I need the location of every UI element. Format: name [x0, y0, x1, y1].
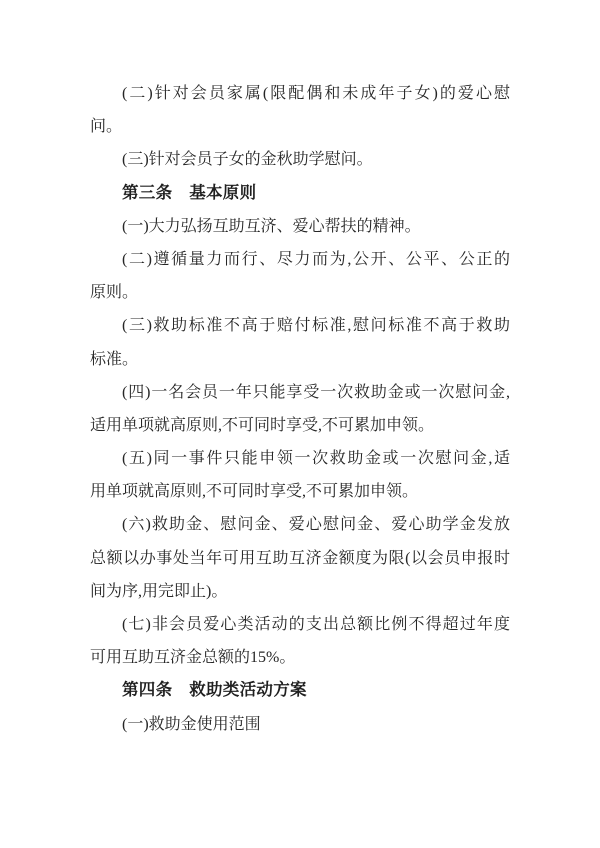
section-heading: 第四条 救助类活动方案 — [90, 674, 510, 707]
document-line: (四)一名会员一年只能享受一次救助金或一次慰问金, — [90, 376, 510, 409]
document-line: 用单项就高原则,不可同时享受,不可累加申领。 — [90, 475, 510, 508]
document-line: 总额以办事处当年可用互助互济金额度为限(以会员申报时 — [90, 542, 510, 575]
document-body: (二)针对会员家属(限配偶和未成年子女)的爱心慰问。(三)针对会员子女的金秋助学… — [90, 77, 510, 741]
document-line: (三)针对会员子女的金秋助学慰问。 — [90, 143, 510, 176]
document-line: 问。 — [90, 110, 510, 143]
document-line: (五)同一事件只能申领一次救助金或一次慰问金,适 — [90, 442, 510, 475]
document-line: (三)救助标准不高于赔付标准,慰问标准不高于救助 — [90, 309, 510, 342]
section-heading: 第三条 基本原则 — [90, 177, 510, 210]
document-line: 适用单项就高原则,不可同时享受,不可累加申领。 — [90, 409, 510, 442]
document-line: (二)遵循量力而行、尽力而为,公开、公平、公正的 — [90, 243, 510, 276]
document-line: 原则。 — [90, 276, 510, 309]
document-line: (七)非会员爱心类活动的支出总额比例不得超过年度 — [90, 608, 510, 641]
document-line: (二)针对会员家属(限配偶和未成年子女)的爱心慰 — [90, 77, 510, 110]
document-line: 间为序,用完即止)。 — [90, 575, 510, 608]
document-line: 标准。 — [90, 343, 510, 376]
document-line: (六)救助金、慰问金、爱心慰问金、爱心助学金发放 — [90, 508, 510, 541]
document-line: 可用互助互济金总额的15%。 — [90, 641, 510, 674]
document-page: (二)针对会员家属(限配偶和未成年子女)的爱心慰问。(三)针对会员子女的金秋助学… — [0, 0, 600, 848]
document-line: (一)大力弘扬互助互济、爱心帮扶的精神。 — [90, 210, 510, 243]
document-line: (一)救助金使用范围 — [90, 708, 510, 741]
